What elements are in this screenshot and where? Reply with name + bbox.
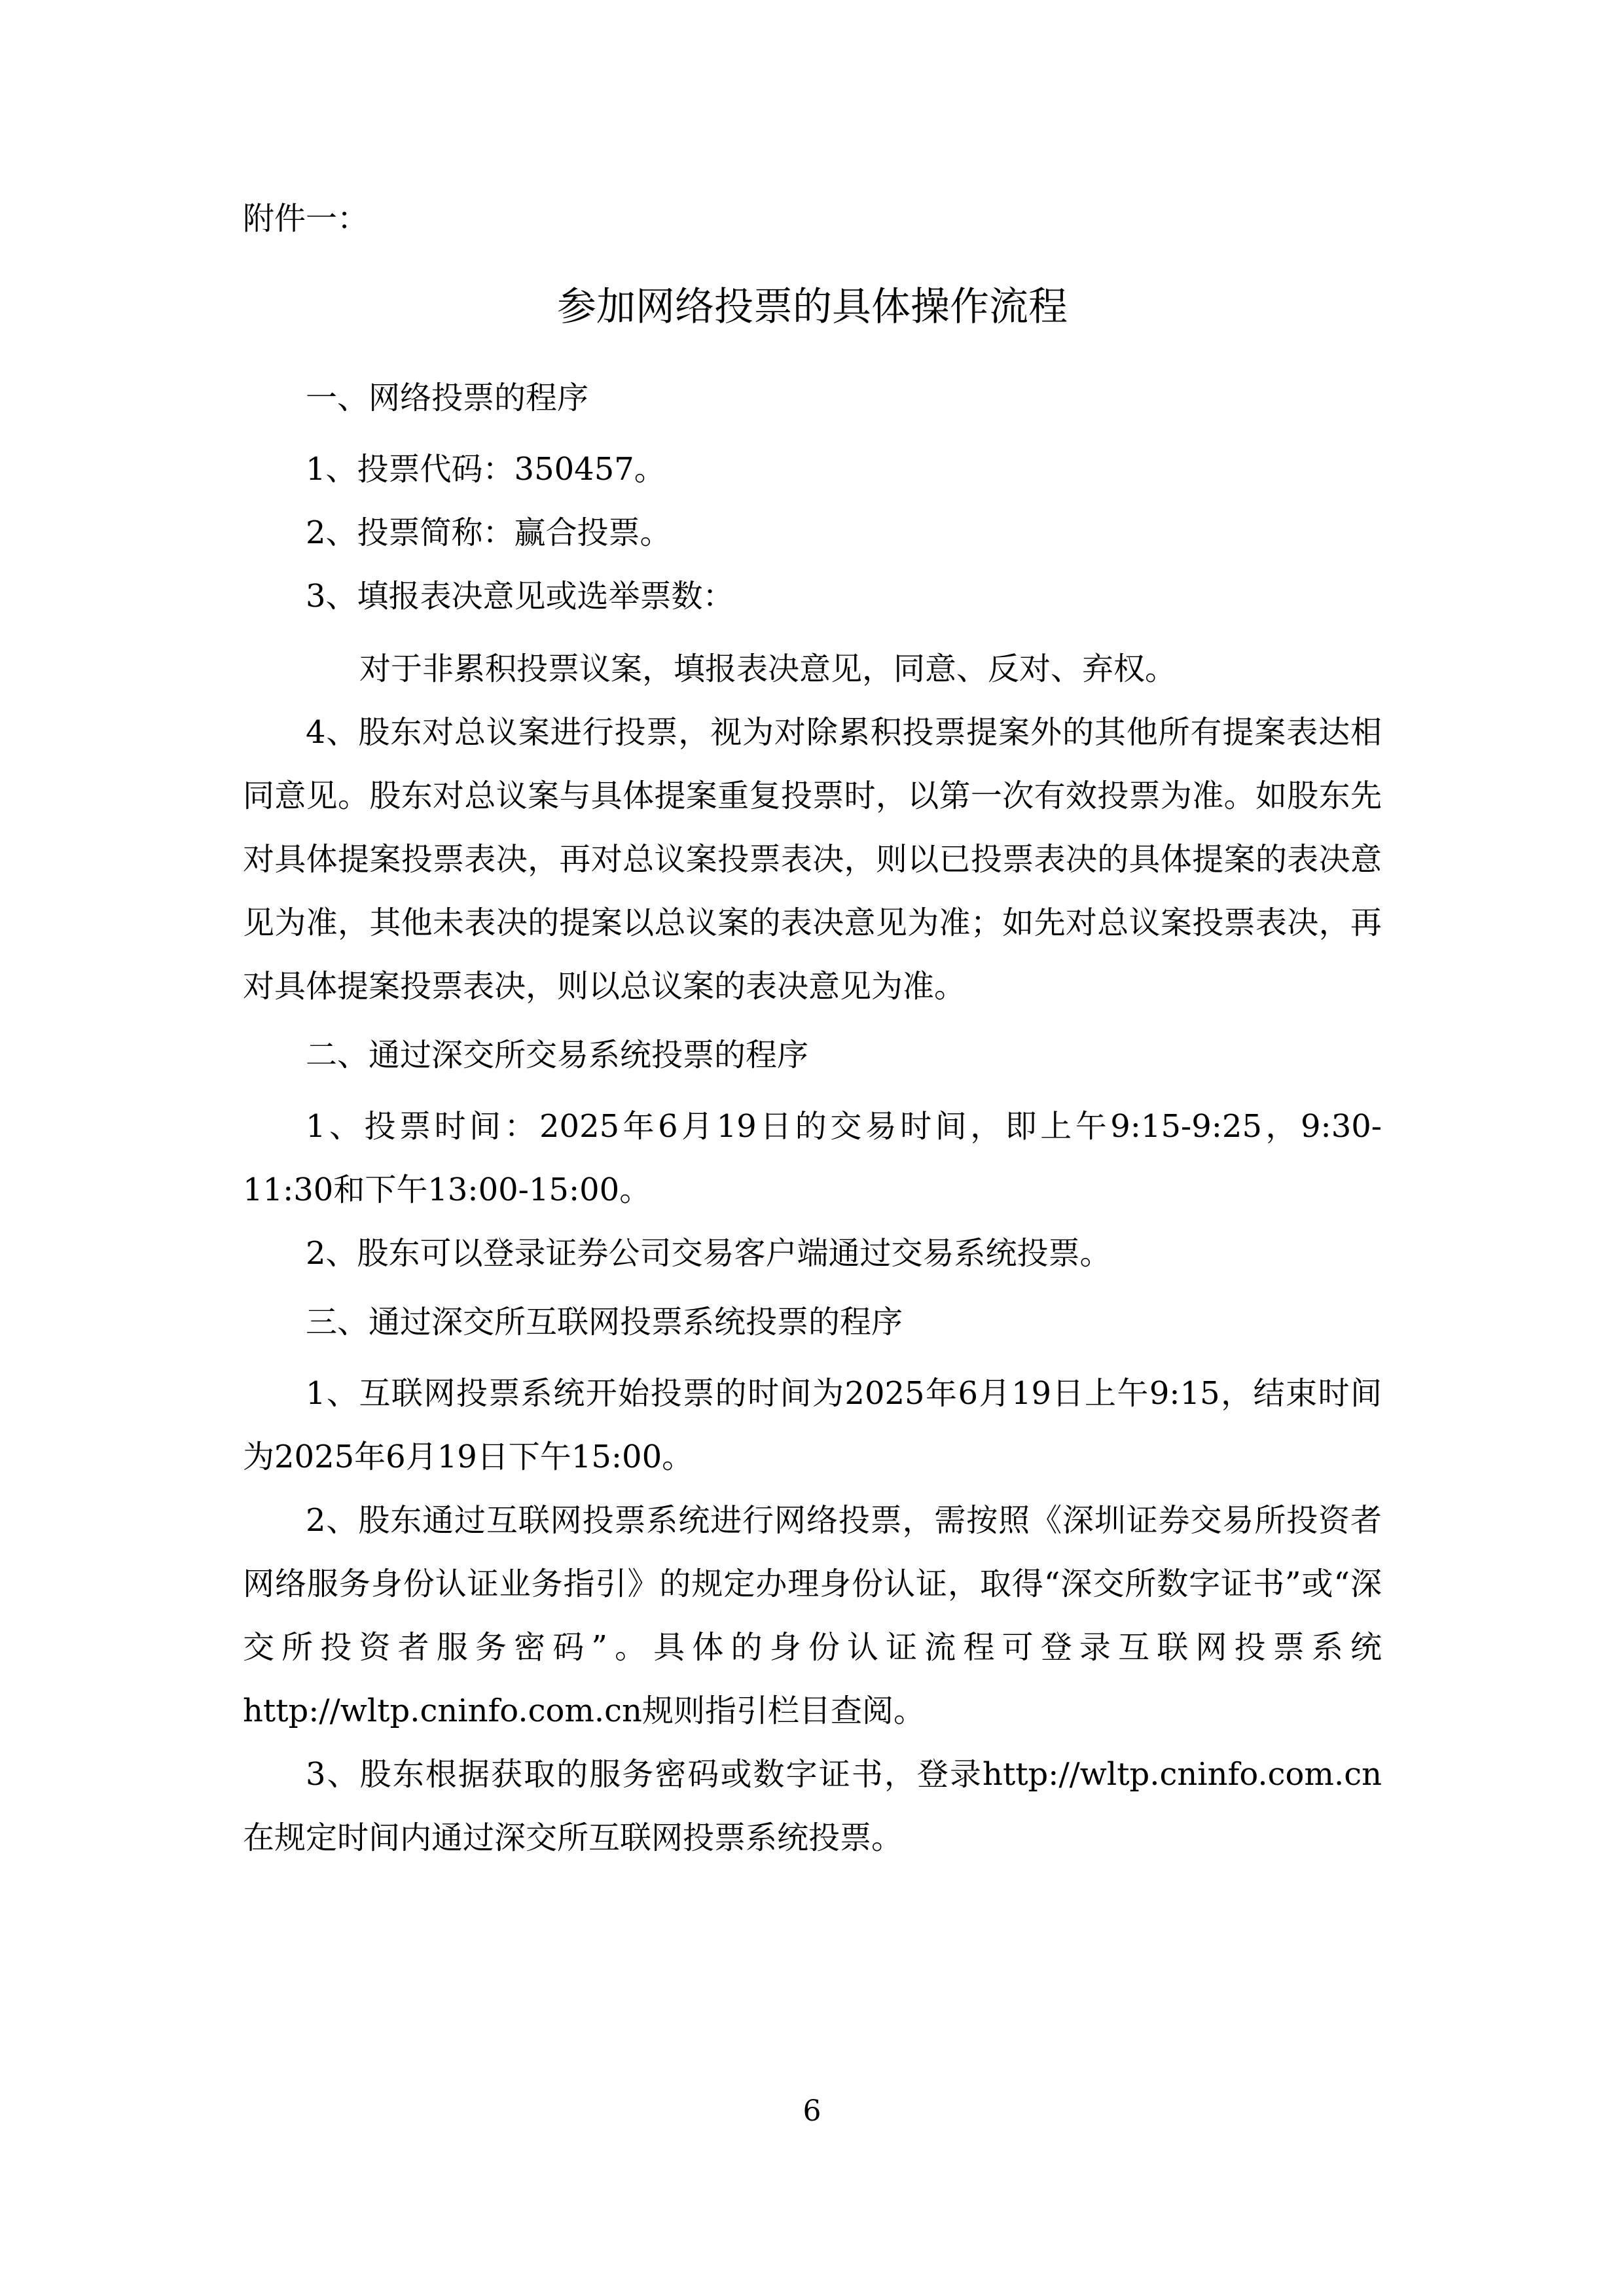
section-3-paragraph-internet-vote-time: 1、互联网投票系统开始投票的时间为2025年6月19日上午9:15，结束时间为2…	[243, 1362, 1382, 1489]
page-number: 6	[0, 2092, 1624, 2131]
document-title: 参加网络投票的具体操作流程	[243, 276, 1382, 339]
section-3-heading: 三、通过深交所互联网投票系统投票的程序	[243, 1291, 1382, 1354]
section-1-paragraph-fill-opinion: 3、填报表决意见或选举票数：	[243, 565, 1382, 628]
section-3-paragraph-identity-auth: 2、股东通过互联网投票系统进行网络投票，需按照《深圳证券交易所投资者网络服务身份…	[243, 1489, 1382, 1743]
section-1-heading: 一、网络投票的程序	[243, 367, 1382, 430]
section-1-paragraph-vote-name: 2、投票简称：赢合投票。	[243, 501, 1382, 565]
section-2-paragraph-vote-time: 1、投票时间：2025年6月19日的交易时间，即上午9:15-9:25，9:30…	[243, 1095, 1382, 1222]
section-1-paragraph-vote-code: 1、投票代码：350457。	[243, 438, 1382, 501]
section-3-paragraph-login-vote: 3、股东根据获取的服务密码或数字证书，登录http://wltp.cninfo.…	[243, 1743, 1382, 1870]
section-2-heading: 二、通过深交所交易系统投票的程序	[243, 1024, 1382, 1087]
section-2-paragraph-client-login: 2、股东可以登录证券公司交易客户端通过交易系统投票。	[243, 1222, 1382, 1285]
document-page: 附件一： 参加网络投票的具体操作流程 一、网络投票的程序 1、投票代码：3504…	[0, 0, 1624, 2296]
document-content: 附件一： 参加网络投票的具体操作流程 一、网络投票的程序 1、投票代码：3504…	[243, 187, 1382, 1870]
section-1-paragraph-non-cumulative: 对于非累积投票议案，填报表决意见，同意、反对、弃权。	[243, 637, 1382, 701]
section-1-paragraph-general-proposal: 4、股东对总议案进行投票，视为对除累积投票提案外的其他所有提案表达相同意见。股东…	[243, 701, 1382, 1018]
attachment-label: 附件一：	[243, 187, 1382, 251]
